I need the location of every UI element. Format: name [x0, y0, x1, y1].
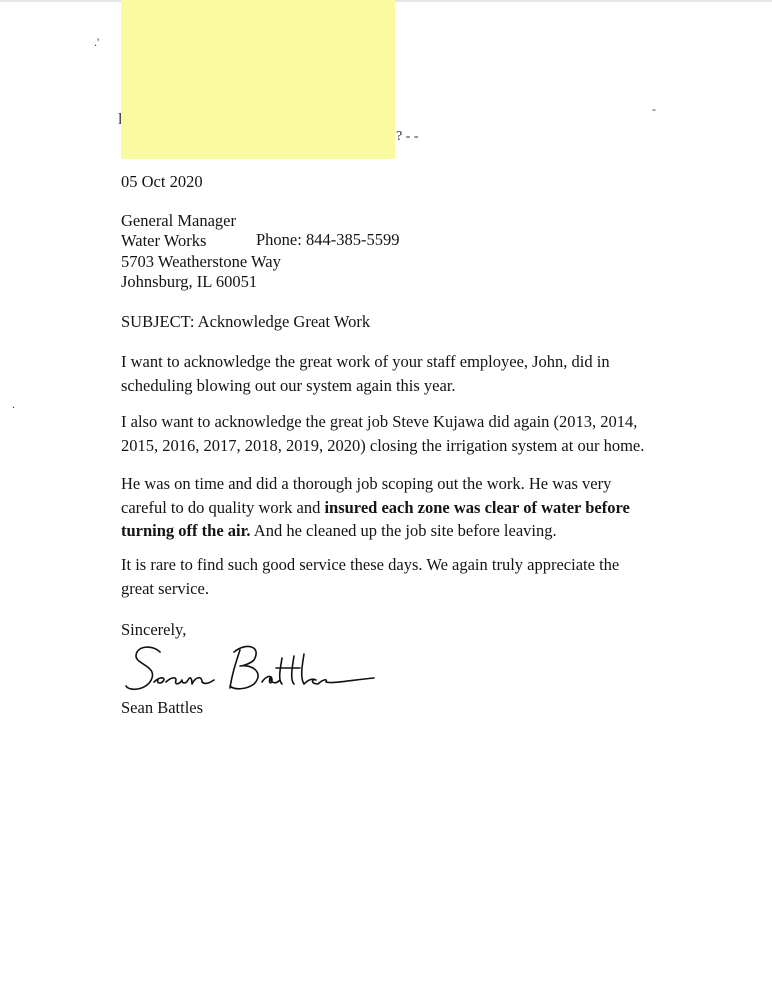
recipient-street: 5703 Weatherstone Way	[121, 252, 281, 272]
p3-line1: He was on time and did a thorough job sc…	[121, 472, 630, 496]
p3-line2: careful to do quality work and insured e…	[121, 496, 630, 520]
scan-speck: ? - -	[396, 130, 419, 144]
redaction-sticky-note	[121, 0, 395, 159]
phone-label: Phone:	[256, 230, 302, 249]
p3-line2-plain: careful to do quality work and	[121, 498, 324, 517]
paragraph-1: I want to acknowledge the great work of …	[121, 350, 610, 397]
p3-line3-plain: And he cleaned up the job site before le…	[251, 521, 557, 540]
p4-line1: It is rare to find such good service the…	[121, 553, 619, 577]
scan-speck: .'	[94, 36, 99, 48]
p2-line2: 2015, 2016, 2017, 2018, 2019, 2020) clos…	[121, 434, 644, 458]
paragraph-4: It is rare to find such good service the…	[121, 553, 619, 600]
p3-line3: turning off the air. And he cleaned up t…	[121, 519, 630, 543]
p4-line2: great service.	[121, 577, 619, 601]
recipient-company: Water Works	[121, 231, 206, 251]
p3-line2-bold: insured each zone was clear of water bef…	[324, 498, 629, 517]
recipient-city: Johnsburg, IL 60051	[121, 272, 257, 292]
scan-speck: .	[12, 398, 15, 410]
letter-date: 05 Oct 2020	[121, 172, 203, 192]
recipient-phone: Phone: 844-385-5599	[256, 230, 399, 250]
p1-line2: scheduling blowing out our system again …	[121, 374, 610, 398]
phone-number: 844-385-5599	[306, 230, 400, 249]
paragraph-2: I also want to acknowledge the great job…	[121, 410, 644, 457]
scan-speck: -	[652, 103, 656, 115]
letter-subject: SUBJECT: Acknowledge Great Work	[121, 312, 370, 332]
p3-line3-bold: turning off the air.	[121, 521, 251, 540]
p1-line1: I want to acknowledge the great work of …	[121, 350, 610, 374]
recipient-title: General Manager	[121, 211, 236, 231]
p2-line1: I also want to acknowledge the great job…	[121, 410, 644, 434]
signer-name: Sean Battles	[121, 698, 203, 718]
closing: Sincerely,	[121, 620, 186, 640]
handwritten-signature	[122, 638, 382, 698]
paragraph-3: He was on time and did a thorough job sc…	[121, 472, 630, 543]
